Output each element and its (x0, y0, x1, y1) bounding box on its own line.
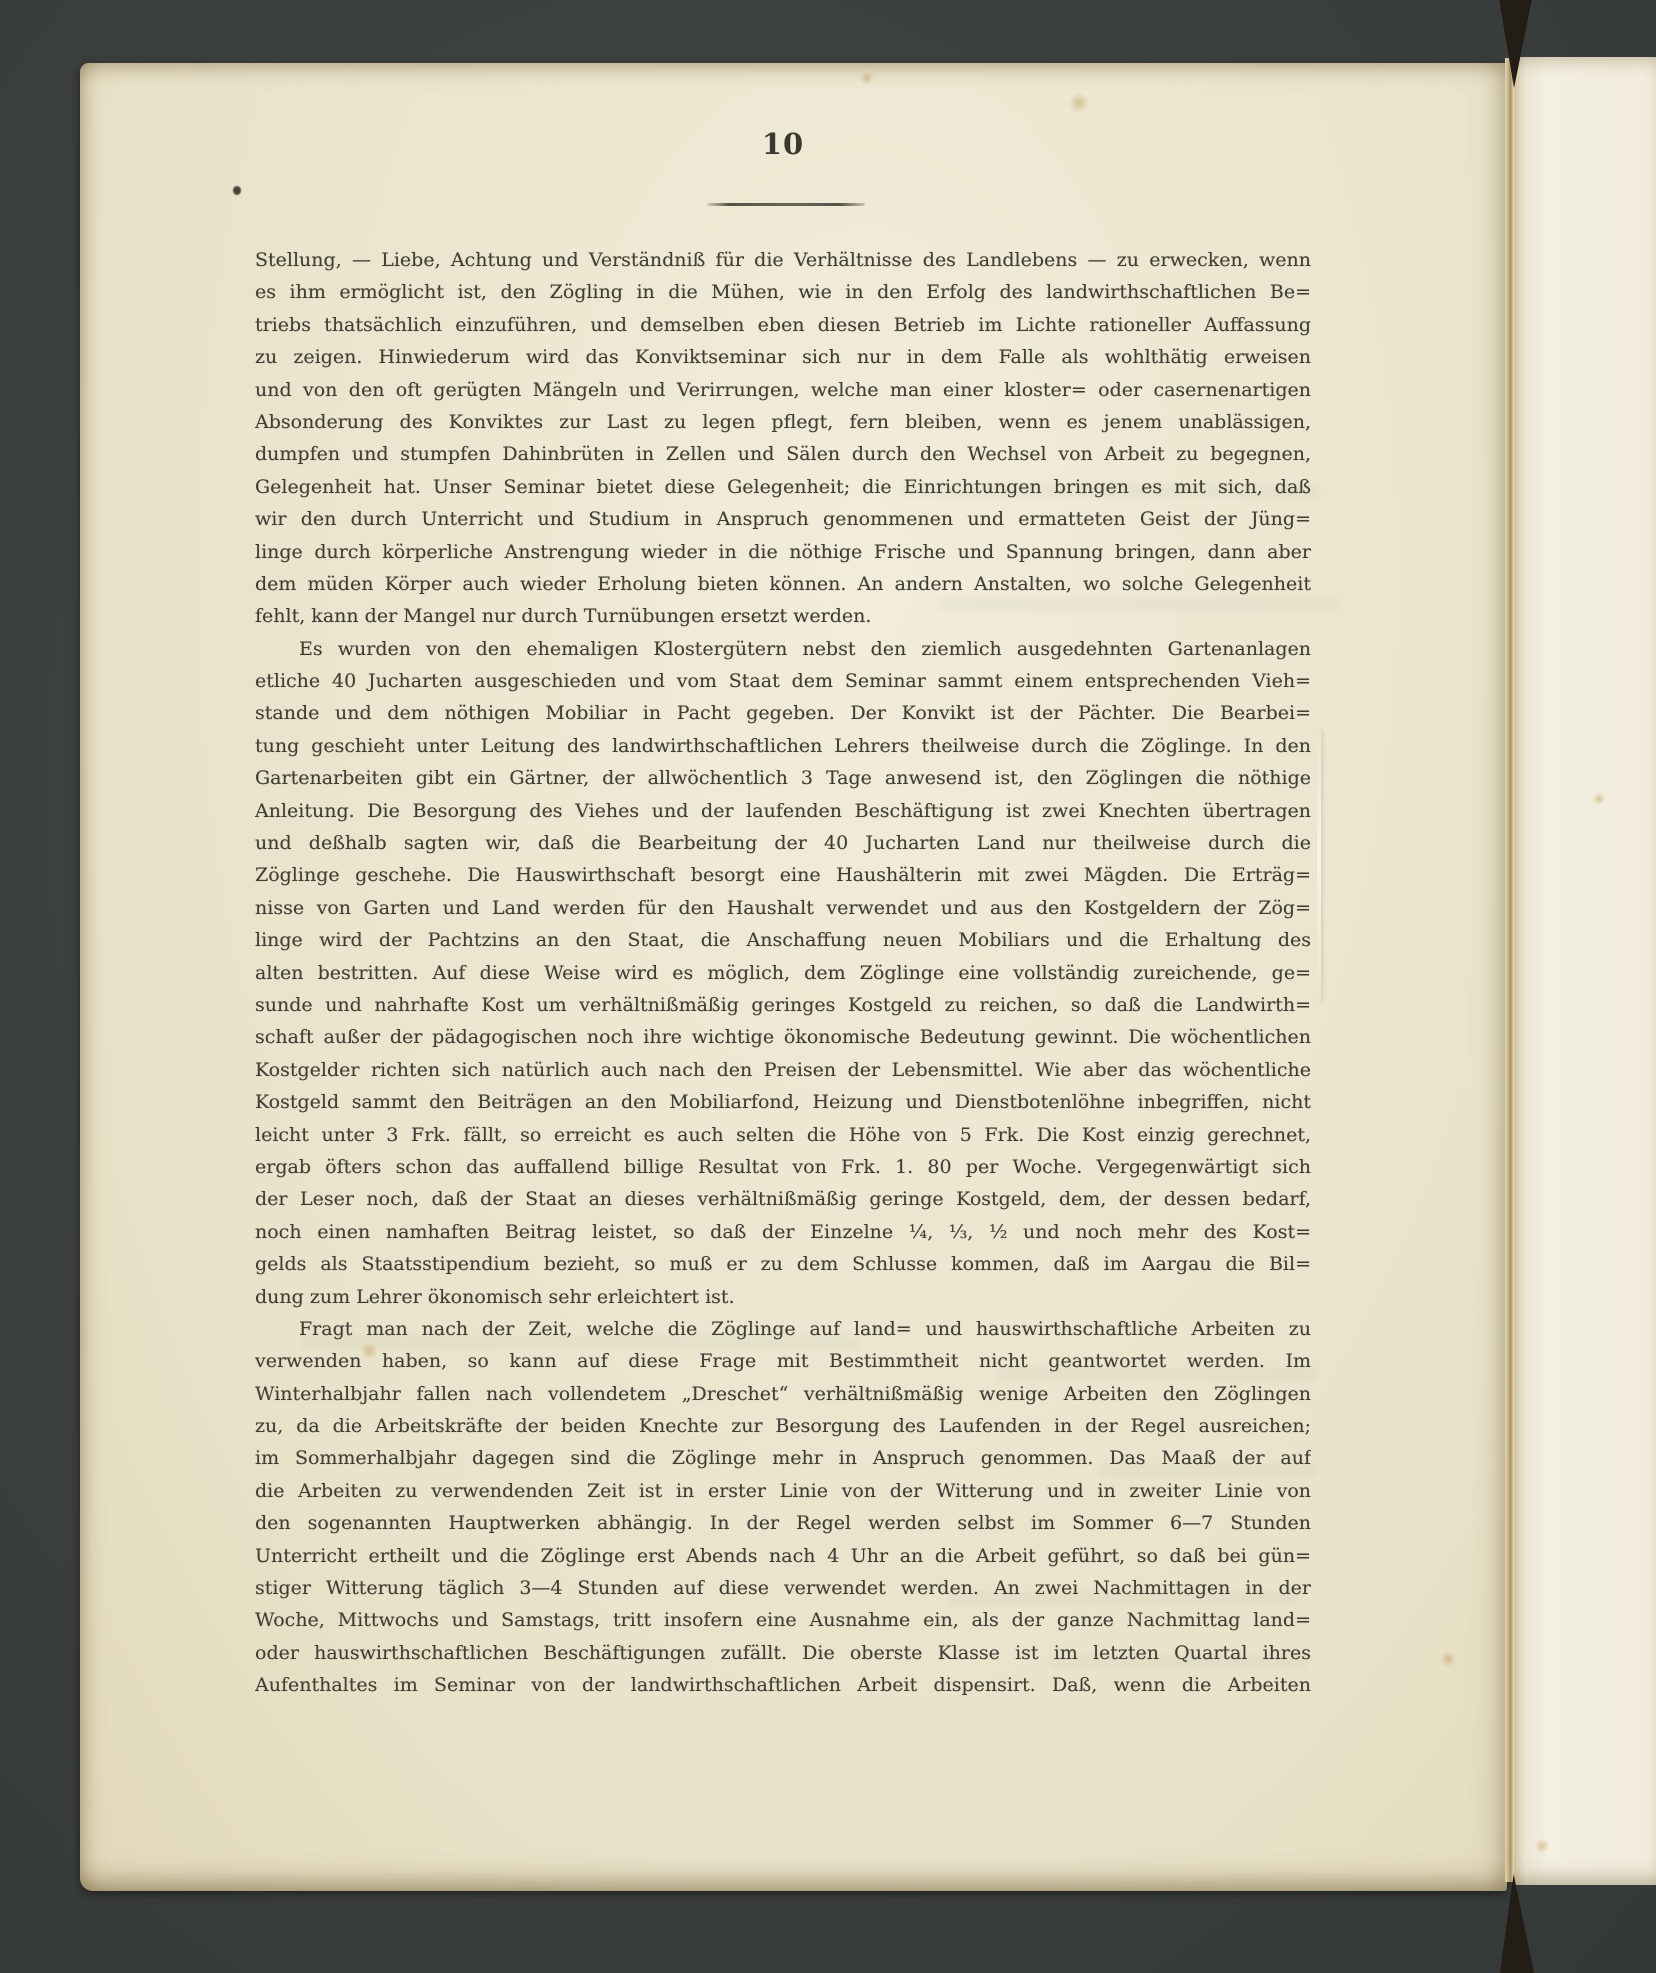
text-line: stande und dem nöthigen Mobiliar in Pach… (255, 697, 1311, 729)
text-line: zu zeigen. Hinwiederum wird das Konvikts… (255, 341, 1311, 373)
text-line: nisse von Garten und Land werden für den… (255, 892, 1311, 924)
text-line: Kostgelder richten sich natürlich auch n… (255, 1054, 1311, 1086)
text-line: oder hauswirthschaftlichen Beschäftigung… (255, 1637, 1311, 1669)
facing-page-edge (1514, 57, 1656, 1885)
text-line: verwenden haben, so kann auf diese Frage… (255, 1345, 1311, 1377)
paragraph: Es wurden von den ehemaligen Klostergüte… (255, 633, 1311, 1313)
text-line: Unterricht ertheilt und die Zöglinge ers… (255, 1540, 1311, 1572)
text-line: Absonderung des Konviktes zur Last zu le… (255, 406, 1311, 438)
text-line: wir den durch Unterricht und Studium in … (255, 503, 1311, 535)
foxing-spot (1440, 1651, 1456, 1667)
text-line: linge wird der Pachtzins an den Staat, d… (255, 924, 1311, 956)
text-line: linge durch körperliche Anstrengung wied… (255, 536, 1311, 568)
foxing-spot (860, 71, 874, 85)
page-number-rule (707, 203, 865, 206)
text-line: gelds als Staatsstipendium bezieht, so m… (255, 1248, 1311, 1280)
text-line: leicht unter 3 Frk. fällt, so erreicht e… (255, 1119, 1311, 1151)
text-line: sunde und nahrhafte Kost um verhältnißmä… (255, 989, 1311, 1021)
text-line: Es wurden von den ehemaligen Klostergüte… (255, 633, 1311, 665)
text-line: und von den oft gerügten Mängeln und Ver… (255, 374, 1311, 406)
text-line: im Sommerhalbjahr dagegen sind die Zögli… (255, 1442, 1311, 1474)
text-line: alten bestritten. Auf diese Weise wird e… (255, 957, 1311, 989)
text-line: noch einen namhaften Beitrag leistet, so… (255, 1216, 1311, 1248)
text-line: Gelegenheit hat. Unser Seminar bietet di… (255, 471, 1311, 503)
paragraph: Fragt man nach der Zeit, welche die Zögl… (255, 1313, 1311, 1702)
ink-speck (233, 186, 241, 195)
text-line: zu, da die Arbeitskräfte der beiden Knec… (255, 1410, 1311, 1442)
text-line: der Leser noch, daß der Staat an dieses … (255, 1183, 1311, 1215)
text-line: etliche 40 Jucharten ausgeschieden und v… (255, 665, 1311, 697)
text-line: Fragt man nach der Zeit, welche die Zögl… (255, 1313, 1311, 1345)
text-line: ergab öfters schon das auffallend billig… (255, 1151, 1311, 1183)
text-line: tung geschieht unter Leitung des landwir… (255, 730, 1311, 762)
text-line: den sogenannten Hauptwerken abhängig. In… (255, 1507, 1311, 1539)
text-line: Stellung, — Liebe, Achtung und Verständn… (255, 244, 1311, 276)
text-line: stiger Witterung täglich 3—4 Stunden auf… (255, 1572, 1311, 1604)
text-line: dumpfen und stumpfen Dahinbrüten in Zell… (255, 438, 1311, 470)
paper-crease (1317, 731, 1321, 1001)
foxing-spot (1534, 1839, 1550, 1853)
text-line: Anleitung. Die Besorgung des Viehes und … (255, 795, 1311, 827)
page-number: 10 (703, 127, 863, 161)
book-page: 10 Stellung, — Liebe, Achtung und Verstä… (80, 63, 1507, 1891)
text-line: die Arbeiten zu verwendenden Zeit ist in… (255, 1475, 1311, 1507)
text-line: Winterhalbjahr fallen nach vollendetem „… (255, 1378, 1311, 1410)
text-line: Aufenthaltes im Seminar von der landwirt… (255, 1669, 1311, 1701)
text-line: dung zum Lehrer ökonomisch sehr erleicht… (255, 1281, 1311, 1313)
text-line: dem müden Körper auch wieder Erholung bi… (255, 568, 1311, 600)
paragraph: Stellung, — Liebe, Achtung und Verständn… (255, 244, 1311, 633)
text-line: schaft außer der pädagogischen noch ihre… (255, 1021, 1311, 1053)
text-line: fehlt, kann der Mangel nur durch Turnübu… (255, 600, 1311, 632)
foxing-spot (1068, 93, 1090, 113)
foxing-spot (1592, 793, 1606, 805)
text-column: Stellung, — Liebe, Achtung und Verständn… (255, 244, 1311, 1702)
text-line: und deßhalb sagten wir, daß die Bearbeit… (255, 827, 1311, 859)
text-line: es ihm ermöglicht ist, den Zögling in di… (255, 276, 1311, 308)
scanner-background: 10 Stellung, — Liebe, Achtung und Verstä… (0, 0, 1656, 1973)
text-line: Zöglinge geschehe. Die Hauswirthschaft b… (255, 859, 1311, 891)
text-line: Kostgeld sammt den Beiträgen an den Mobi… (255, 1086, 1311, 1118)
text-line: triebs thatsächlich einzuführen, und dem… (255, 309, 1311, 341)
text-line: Woche, Mittwochs und Samstags, tritt ins… (255, 1604, 1311, 1636)
text-line: Gartenarbeiten gibt ein Gärtner, der all… (255, 762, 1311, 794)
